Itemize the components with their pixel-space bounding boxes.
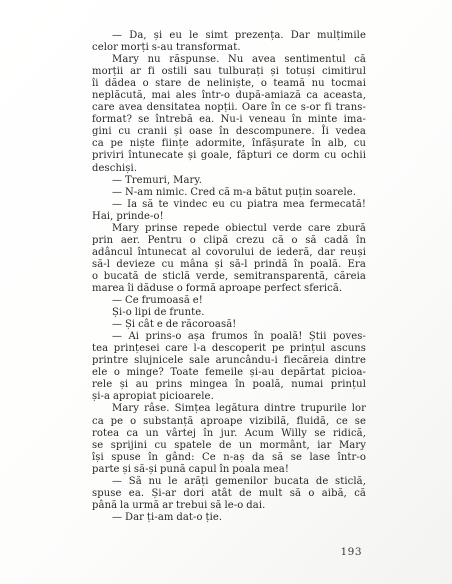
text-line: printre slujnicele sale aruncându-i fiec… xyxy=(92,355,366,367)
text-line: priviri întunecate și goale, făpturi ce … xyxy=(92,150,366,162)
text-line: își spuse în gând: Ce n-aș da să se lase… xyxy=(92,452,366,464)
book-page: — Da, și eu le simt prezența. Dar mulțim… xyxy=(0,0,452,584)
text-line: gini cu cranii și oase în descompunere. … xyxy=(92,126,366,138)
text-line: spuse ea. Și-ar dori atât de mult să o a… xyxy=(92,488,366,500)
text-line: Și-o lipi de frunte. xyxy=(92,307,366,319)
text-line: îi dădea o stare de neliniște, o teamă n… xyxy=(92,78,366,90)
text-line: celor morți s-au transformat. xyxy=(92,42,366,54)
page-number: 193 xyxy=(92,546,362,558)
text-line: se sprijini cu spatele de un mormânt, ia… xyxy=(92,440,366,452)
text-line: parte și să-și pună capul în poala mea! xyxy=(92,464,366,476)
text-line: — Și cât e de răcoroasă! xyxy=(92,319,366,331)
text-line: să-l devieze cu mâna și să-l prindă în p… xyxy=(92,259,366,271)
text-block: — Da, și eu le simt prezența. Dar mulțim… xyxy=(92,30,366,524)
text-line: tea prințesei care l-a descoperit pe pri… xyxy=(92,343,366,355)
text-line: Mary nu răspunse. Nu avea sentimentul că xyxy=(92,54,366,66)
text-line: morții ar fi ostili sau tulburați și tot… xyxy=(92,66,366,78)
text-line: ca pe o substanță aproape vizibilă, flui… xyxy=(92,416,366,428)
text-line: deschiși. xyxy=(92,163,366,175)
text-line: până la urmă ar trebui să le-o dai. xyxy=(92,500,366,512)
text-line: Mary prinse repede obiectul verde care z… xyxy=(92,223,366,235)
text-line: — N-am nimic. Cred că m-a bătut puțin so… xyxy=(92,187,366,199)
text-line: neplăcută, mai ales într-o după-amiază c… xyxy=(92,90,366,102)
text-line: o bucată de sticlă verde, semitransparen… xyxy=(92,271,366,283)
text-line: — Dar ți-am dat-o ție. xyxy=(92,512,366,524)
text-line: Hai, prinde-o! xyxy=(92,211,366,223)
text-line: — Ce frumoasă e! xyxy=(92,295,366,307)
text-line: adâncul întunecat al covorului de iederă… xyxy=(92,247,366,259)
text-line: și-a apropiat picioarele. xyxy=(92,391,366,403)
text-line: — Ia să te vindec eu cu piatra mea ferme… xyxy=(92,199,366,211)
text-line: — Ai prins-o așa frumos în poală! Știi p… xyxy=(92,331,366,343)
text-line: Mary râse. Simțea legătura dintre trupur… xyxy=(92,403,366,415)
text-line: format? se întrebă ea. Nu-i veneau în mi… xyxy=(92,114,366,126)
text-line: — Tremuri, Mary. xyxy=(92,175,366,187)
text-line: rele și au prins mingea în poală, numai … xyxy=(92,379,366,391)
text-line: rotea ca un vârtej în jur. Acum Willy se… xyxy=(92,428,366,440)
text-line: ele o minge? Toate femeile și-au depărta… xyxy=(92,367,366,379)
text-line: marea îi dăduse o formă aproape perfect … xyxy=(92,283,366,295)
text-line: — Da, și eu le simt prezența. Dar mulțim… xyxy=(92,30,366,42)
text-line: care avea densitatea nopții. Oare în ce … xyxy=(92,102,366,114)
text-line: prin aer. Pentru o clipă crezu că o să c… xyxy=(92,235,366,247)
text-line: — Să nu le arăți gemenilor bucata de sti… xyxy=(92,476,366,488)
text-line: ca pe niște ființe adormite, înfășurate … xyxy=(92,138,366,150)
